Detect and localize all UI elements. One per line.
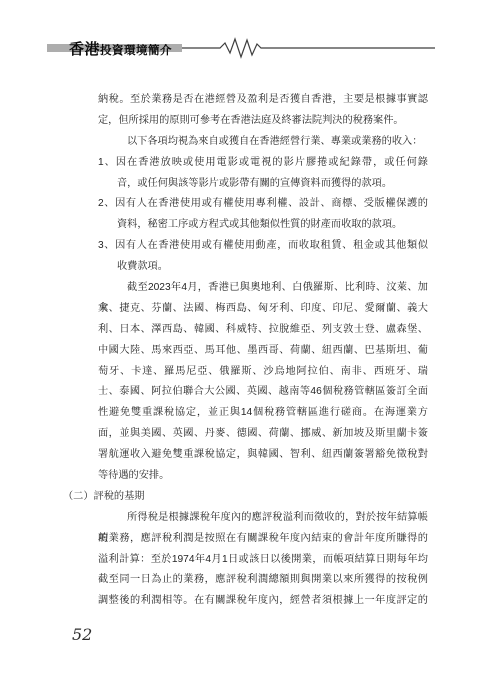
text-line: 性避免雙重課稅協定，並正與14個稅務管轄區進行磋商。在海運業方 xyxy=(98,403,428,424)
chapter-title: 香港投資環境簡介 xyxy=(69,38,172,56)
document-page: 香港投資環境簡介 納稅。至於業務是否在港經營及盈利是否獲自香港，主要是根據事實認… xyxy=(0,0,480,679)
text-line: 溢利計算：至於1974年4月1日或該日以後開業，而帳項結算日期每年均 xyxy=(98,550,428,571)
text-line: 調整後的利潤相等。在有關課稅年度內，經營者須根據上一年度評定的 xyxy=(98,591,428,612)
text-line: 截至同一日為止的業務，應評稅利潤總額則與開業以來所獲得的按稅例 xyxy=(98,570,428,591)
text-line: 定，但所採用的原則可參考在香港法庭及終審法院判決的稅務案件。 xyxy=(98,111,428,132)
text-line: 等待遇的安排。 xyxy=(98,466,428,487)
text-line: 2、因有人在香港使用或有權使用專利權、設計、商標、受版權保護的 xyxy=(98,194,428,215)
text-line: 納稅。至於業務是否在港經營及盈利是否獲自香港，主要是根據事實認 xyxy=(98,90,428,111)
text-line: 的業務，應評稅利潤是按照在有關課稅年度內結束的會計年度所賺得的 xyxy=(98,529,428,550)
chapter-title-main: 香港 xyxy=(69,41,100,58)
text-line: 士、泰國、阿拉伯聯合大公國、英國、越南等46個稅務管轄區簽訂全面 xyxy=(98,382,428,403)
text-line: 面，並與美國、英國、丹麥、德國、荷蘭、挪威、新加坡及斯里蘭卡簽 xyxy=(98,424,428,445)
text-line: 資料，秘密工序或方程式或其他類似性質的財產而收取的款項。 xyxy=(98,215,428,236)
waveform-rule-icon xyxy=(182,36,435,60)
section-heading: （二）評稅的基期 xyxy=(63,487,428,508)
text-line: 所得稅是根據課稅年度內的應評稅溢利而徵收的，對於按年結算帳項 xyxy=(98,508,428,529)
chapter-title-sub: 投資環境簡介 xyxy=(100,45,172,57)
chapter-header: 香港投資環境簡介 xyxy=(0,38,480,64)
text-line: 利、日本、澤西島、韓國、科威特、拉脫維亞、列支敦士登、盧森堡、 xyxy=(98,320,428,341)
text-line: 截至2023年4月，香港已與奧地利、白俄羅斯、比利時、汶萊、加拿 xyxy=(98,278,428,299)
text-line: 署航運收入避免雙重課稅協定，與韓國、智利、紐西蘭簽署豁免徵稅對 xyxy=(98,445,428,466)
text-line: 中國大陸、馬來西亞、馬耳他、墨西哥、荷蘭、紐西蘭、巴基斯坦、葡 xyxy=(98,341,428,362)
text-line: 萄牙、卡達、羅馬尼亞、俄羅斯、沙烏地阿拉伯、南非、西班牙、瑞 xyxy=(98,362,428,383)
text-line: 大、捷克、芬蘭、法國、梅西島、匈牙利、印度、印尼、愛爾蘭、義大 xyxy=(98,299,428,320)
page-body: 納稅。至於業務是否在港經營及盈利是否獲自香港，主要是根據事實認定，但所採用的原則… xyxy=(98,90,428,612)
page-number: 52 xyxy=(72,625,92,644)
text-line: 3、因有人在香港使用或有權使用動產，而收取租賃、租金或其他類似 xyxy=(98,236,428,257)
text-line: 以下各項均視為來自或獲自在香港經營行業、專業或業務的收入： xyxy=(98,132,428,153)
text-line: 音，或任何與該等影片或影帶有關的宣傳資料而獲得的款項。 xyxy=(98,174,428,195)
text-line: 收費款項。 xyxy=(98,257,428,278)
text-line: 1、因在香港放映或使用電影或電視的影片膠捲或紀錄帶，或任何錄 xyxy=(98,153,428,174)
